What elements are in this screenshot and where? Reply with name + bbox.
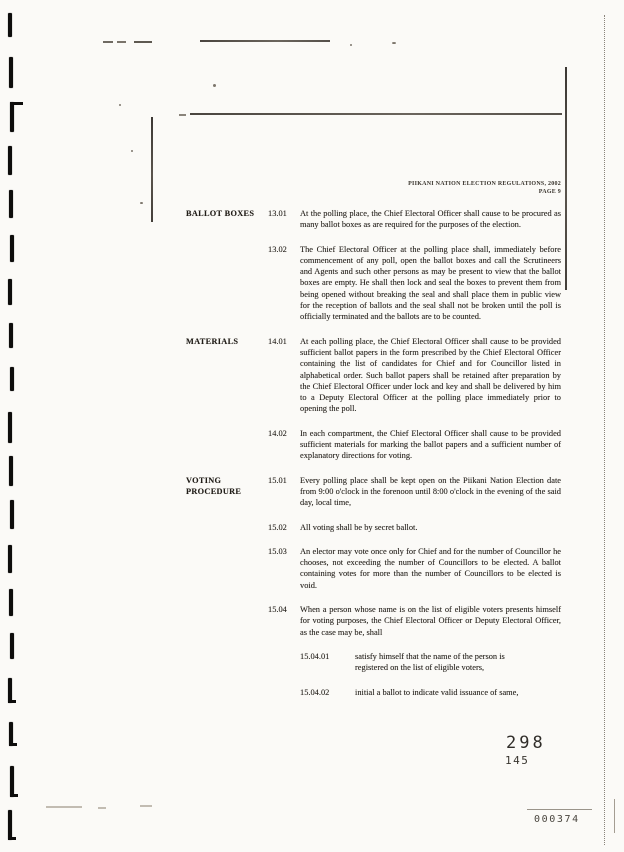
binding-mark: [9, 589, 13, 616]
regulation-subitem: 15.04.01 satisfy himself that the name o…: [300, 651, 561, 674]
scan-artifact-speck: [131, 150, 133, 152]
section-label: MATERIALS: [186, 336, 268, 347]
page-number-stamp-small: 145: [505, 754, 529, 767]
page-number-stamp-large: 298: [506, 733, 546, 753]
scan-artifact-dash: [179, 114, 186, 116]
subitem-number: 15.04.02: [300, 687, 355, 698]
regulation-item: 14.02 In each compartment, the Chief Ele…: [186, 428, 561, 462]
regulation-item: 15.03 An elector may vote once only for …: [186, 546, 561, 591]
scan-artifact-dotted-line: [604, 15, 605, 845]
item-number: 15.01: [268, 475, 300, 486]
binding-mark: [8, 13, 12, 37]
binding-mark: [10, 766, 14, 797]
item-number: 15.02: [268, 522, 300, 533]
item-text: Every polling place shall be kept open o…: [300, 475, 561, 509]
section-label: BALLOT BOXES: [186, 208, 268, 219]
regulation-item: MATERIALS 14.01 At each polling place, t…: [186, 336, 561, 415]
scan-artifact-speck: [213, 84, 216, 87]
scan-artifact-dash: [140, 805, 152, 807]
scan-artifact-dash: [134, 41, 152, 43]
regulation-item: VOTING PROCEDURE 15.01 Every polling pla…: [186, 475, 561, 509]
section-label: VOTING PROCEDURE: [186, 475, 268, 497]
binding-mark: [9, 190, 13, 218]
item-text: All voting shall be by secret ballot.: [300, 522, 561, 533]
binding-mark: [8, 810, 12, 840]
subitem-number: 15.04.01: [300, 651, 355, 674]
binding-mark: [9, 323, 13, 348]
item-text: In each compartment, the Chief Electoral…: [300, 428, 561, 462]
binding-mark: [10, 633, 14, 659]
binding-mark: [10, 235, 14, 262]
binding-mark: [8, 412, 12, 443]
item-text: When a person whose name is on the list …: [300, 604, 561, 638]
binding-mark: [8, 545, 12, 573]
binding-mark: [9, 722, 13, 746]
binding-mark: [8, 678, 12, 703]
scan-artifact-dash: [98, 807, 106, 809]
scan-artifact-speck: [392, 42, 396, 44]
scan-artifact-line: [151, 117, 153, 222]
regulation-item: 13.02 The Chief Electoral Officer at the…: [186, 244, 561, 323]
binding-mark: [8, 279, 12, 305]
binding-mark: [9, 456, 13, 486]
subitem-text: satisfy himself that the name of the per…: [355, 651, 535, 674]
stamp-line: [527, 809, 592, 810]
item-text: An elector may vote once only for Chief …: [300, 546, 561, 591]
subitem-text: initial a ballot to indicate valid issua…: [355, 687, 535, 698]
item-text: At the polling place, the Chief Electora…: [300, 208, 561, 231]
item-number: 13.01: [268, 208, 300, 219]
scan-artifact-speck: [140, 202, 143, 204]
header-title: PIIKANI NATION ELECTION REGULATIONS, 200…: [300, 180, 561, 188]
scan-artifact-line: [200, 40, 330, 42]
regulation-item: BALLOT BOXES 13.01 At the polling place,…: [186, 208, 561, 231]
binding-mark: [9, 57, 13, 88]
binding-mark: [10, 102, 14, 132]
scan-artifact-dash: [103, 41, 113, 43]
scan-artifact-dash: [46, 806, 82, 808]
regulation-subitem: 15.04.02 initial a ballot to indicate va…: [300, 687, 561, 698]
regulation-item: 15.02 All voting shall be by secret ball…: [186, 522, 561, 533]
document-body: BALLOT BOXES 13.01 At the polling place,…: [186, 208, 561, 711]
item-text: At each polling place, the Chief Elector…: [300, 336, 561, 415]
scan-artifact-line: [190, 113, 562, 115]
scan-artifact-speck: [350, 44, 352, 46]
item-number: 15.03: [268, 546, 300, 557]
scanned-document-page: PIIKANI NATION ELECTION REGULATIONS, 200…: [0, 0, 624, 852]
stamp-tick: [614, 799, 615, 833]
item-number: 14.02: [268, 428, 300, 439]
item-number: 15.04: [268, 604, 300, 615]
scan-artifact-dash: [117, 41, 126, 43]
item-number: 13.02: [268, 244, 300, 255]
regulation-item: 15.04 When a person whose name is on the…: [186, 604, 561, 698]
binding-mark: [10, 500, 14, 529]
binding-mark: [10, 367, 14, 391]
bates-stamp-number: 000374: [534, 814, 580, 825]
binding-mark: [8, 146, 12, 175]
scan-artifact-speck: [119, 104, 121, 106]
header-page-number: PAGE 9: [300, 188, 561, 196]
item-number: 14.01: [268, 336, 300, 347]
scan-artifact-line: [565, 67, 567, 290]
document-header: PIIKANI NATION ELECTION REGULATIONS, 200…: [300, 180, 561, 196]
item-text: The Chief Electoral Officer at the polli…: [300, 244, 561, 323]
